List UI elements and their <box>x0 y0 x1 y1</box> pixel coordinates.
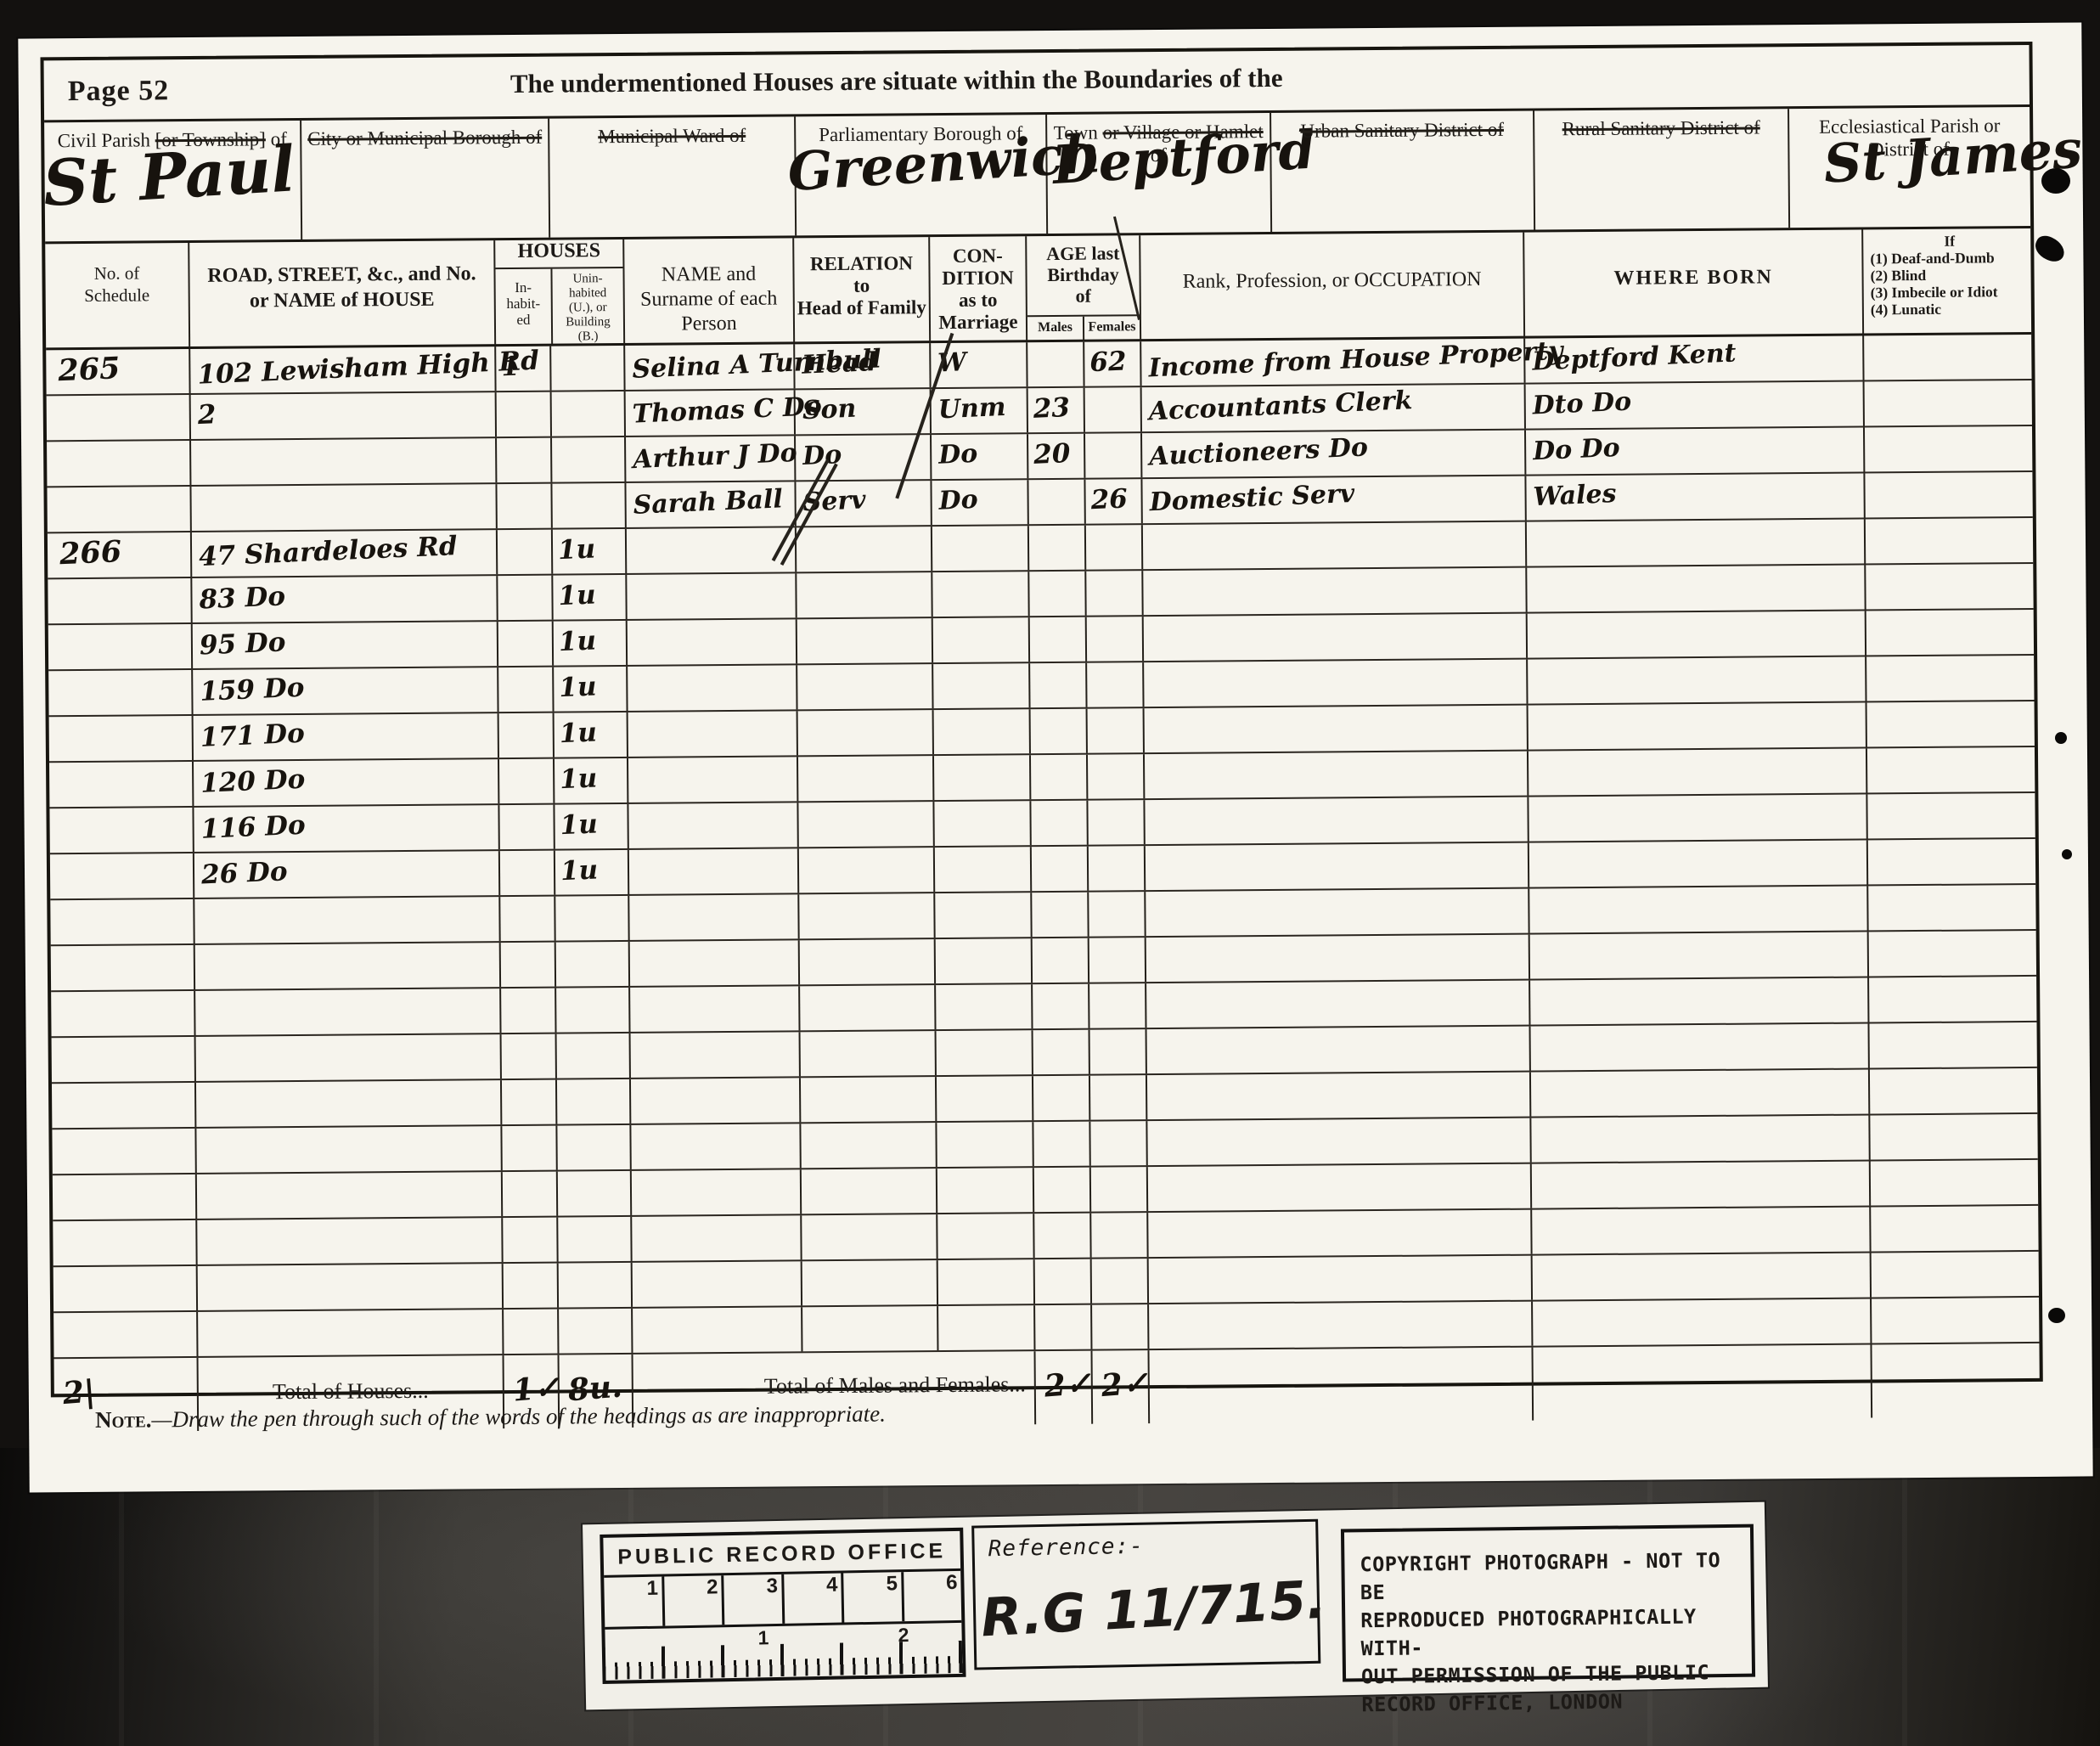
cell-age-male <box>1032 893 1089 938</box>
footnote-text: —Draw the pen through such of the words … <box>151 1401 886 1433</box>
handwritten-entry: Unm <box>931 387 1007 431</box>
cell-schedule <box>49 762 194 807</box>
cell-road <box>196 1126 502 1173</box>
handwritten-entry: 116 Do <box>194 805 307 851</box>
cell-infirmities <box>1872 1298 2039 1343</box>
cell-infirmities <box>1869 931 2036 977</box>
footnote-label: Note. <box>95 1406 152 1433</box>
cell-age-male <box>1033 1030 1090 1075</box>
cell-schedule <box>49 808 194 853</box>
cell-occupation <box>1145 797 1529 845</box>
cell-occupation <box>1144 614 1528 662</box>
handwritten-entry: 26 Do <box>194 851 288 896</box>
handwritten-entry: 265 <box>45 348 121 392</box>
copyright-line: COPYRIGHT PHOTOGRAPH - NOT TO BE <box>1344 1546 1751 1608</box>
cell-uninhabited <box>551 346 625 391</box>
cell-schedule: 265 <box>46 349 190 394</box>
cell-condition <box>934 709 1031 754</box>
cell-age-male <box>1033 1076 1090 1121</box>
handwritten-entry: Dto Do <box>1525 382 1632 427</box>
handwritten-entry: 1u <box>555 849 599 892</box>
cell-condition <box>934 801 1031 846</box>
cell-relation <box>802 1169 937 1214</box>
copyright-stamp: COPYRIGHT PHOTOGRAPH - NOT TO BE REPRODU… <box>1341 1524 1755 1682</box>
cell-where-born: Wales <box>1526 474 1865 521</box>
cell-road <box>197 1218 503 1264</box>
cell-relation <box>802 1260 938 1305</box>
cell-relation <box>797 527 932 572</box>
cell-infirmities <box>1867 793 2035 839</box>
cell-uninhabited <box>556 942 630 987</box>
cell-name <box>628 803 798 848</box>
cell-uninhabited <box>552 437 626 482</box>
copyright-line: RECORD OFFICE, LONDON <box>1346 1687 1752 1720</box>
handwritten-entry: 171 Do <box>193 713 306 759</box>
col-header-condition: CON- DITION as to Marriage <box>930 236 1027 341</box>
cell-uninhabited <box>559 1263 633 1308</box>
col-header-males: Males <box>1027 317 1084 341</box>
census-form-paper: Page 52 The undermentioned Houses are si… <box>18 22 2092 1492</box>
cell-where-born <box>1532 1161 1871 1208</box>
cell-infirmities <box>1869 977 2036 1022</box>
cell-inhabited <box>503 1218 558 1263</box>
cell-uninhabited: 1u <box>555 758 628 803</box>
cell-occupation <box>1148 1210 1532 1258</box>
handwritten-entry: Do Do <box>1525 428 1620 473</box>
column-header-row: No. of Schedule ROAD, STREET, &c., and N… <box>45 228 2031 350</box>
cell-occupation <box>1146 843 1529 891</box>
cell-road <box>191 484 497 531</box>
cell-condition <box>938 1305 1035 1350</box>
cell-age-male <box>1030 617 1087 662</box>
cell-condition: Do <box>932 434 1028 479</box>
cell-age-female <box>1087 662 1144 707</box>
cell-uninhabited <box>557 1079 631 1124</box>
col-header-text: Schedule <box>46 284 189 307</box>
col-header-schedule: No. of Schedule <box>45 243 190 348</box>
cell-total-blank <box>1872 1343 2040 1418</box>
cell-age-female <box>1088 800 1145 845</box>
cell-road: 171 Do <box>194 713 499 760</box>
cell-uninhabited: 1u <box>553 529 627 574</box>
col-header-females: Females <box>1084 316 1140 341</box>
cell-age-male <box>1035 1305 1092 1350</box>
cell-schedule <box>52 1083 196 1128</box>
cell-uninhabited <box>556 988 630 1033</box>
cell-age-male <box>1033 984 1089 1029</box>
punch-hole <box>2062 849 2072 859</box>
col-header-uninhabited: Unin- habited (U.), or Building (B.) <box>552 268 623 345</box>
cell-relation <box>801 1077 937 1122</box>
handwritten-entry: Do <box>931 434 978 476</box>
copyright-line: OUT PERMISSION OF THE PUBLIC <box>1346 1659 1752 1692</box>
cell-occupation <box>1145 706 1529 753</box>
cell-relation <box>797 618 933 663</box>
cell-infirmities <box>1865 472 2032 518</box>
field-label-struck: Urban Sanitary District of <box>1300 119 1504 142</box>
cell-infirmities <box>1867 701 2035 747</box>
cell-condition <box>936 938 1033 983</box>
cell-road: 95 Do <box>193 622 498 668</box>
handwritten-entry: 20 <box>1027 433 1071 476</box>
handwritten-entry: Son <box>795 389 857 432</box>
cell-age-male: 20 <box>1028 434 1085 479</box>
cell-schedule <box>50 899 194 944</box>
handwritten-entry: 1u <box>554 712 598 754</box>
handwritten-entry: 95 Do <box>192 622 286 667</box>
handwritten-entry: 83 Do <box>192 576 286 621</box>
cell-age-male <box>1029 526 1086 571</box>
cell-age-female <box>1091 1213 1148 1258</box>
cell-uninhabited: 1u <box>555 804 628 849</box>
cell-inhabited <box>499 759 555 804</box>
cell-road: 83 Do <box>192 576 498 622</box>
cell-occupation <box>1147 1118 1531 1166</box>
cell-schedule <box>53 1220 197 1265</box>
handwritten-entry: Thomas C Do <box>625 386 823 436</box>
cell-road <box>195 988 501 1035</box>
cell-schedule <box>53 1266 198 1311</box>
cell-schedule <box>50 853 194 898</box>
cell-where-born <box>1529 748 1867 795</box>
cell-infirmities <box>1866 518 2033 564</box>
handwritten-entry: 1u <box>555 803 599 846</box>
cell-occupation <box>1143 522 1527 570</box>
cell-age-female <box>1092 1259 1149 1304</box>
handwritten-entry: 1u <box>552 574 596 617</box>
cell-name <box>633 1261 802 1307</box>
cell-where-born <box>1530 932 1869 978</box>
cell-relation <box>801 1123 937 1168</box>
col-header-infirmities: If (1) Deaf-and-Dumb (2) Blind (3) Imbec… <box>1863 228 2031 335</box>
cell-where-born <box>1531 1069 1870 1116</box>
cell-name <box>627 573 797 619</box>
field-label-struck: Municipal Ward of <box>598 125 746 147</box>
cell-schedule <box>53 1312 198 1357</box>
reference-number-handwritten: R.G 11/715. <box>979 1569 1327 1649</box>
cell-name <box>628 757 798 803</box>
cell-occupation <box>1145 752 1529 799</box>
cell-road <box>198 1264 504 1310</box>
handwritten-entry: 23 <box>1027 387 1071 430</box>
cell-uninhabited: 1u <box>554 667 628 712</box>
cell-infirmities <box>1866 656 2034 701</box>
cell-relation <box>799 893 935 938</box>
footnote: Note.—Draw the pen through such of the w… <box>95 1401 886 1433</box>
cell-relation <box>798 710 934 755</box>
cell-occupation <box>1149 1302 1533 1349</box>
handwritten-entry: Domestic Serv <box>1142 474 1356 524</box>
cell-schedule <box>48 670 193 715</box>
cell-name: Thomas C Do <box>626 390 796 436</box>
cell-condition <box>936 984 1033 1029</box>
cell-occupation <box>1149 1256 1533 1304</box>
handwritten-entry: Head <box>794 342 877 386</box>
cell-age-female <box>1086 525 1143 570</box>
field-label-struck: Rural Sanitary District of <box>1562 116 1760 139</box>
handwritten-entry: 159 Do <box>192 667 305 713</box>
cell-inhabited <box>499 713 555 758</box>
form-border: Page 52 The undermentioned Houses are si… <box>40 42 2042 1397</box>
cell-age-male <box>1033 938 1089 983</box>
cell-inhabited <box>504 1309 559 1355</box>
cell-uninhabited <box>557 1034 631 1079</box>
cell-infirmities <box>1870 1068 2037 1114</box>
cell-age-male <box>1034 1168 1091 1213</box>
cell-relation <box>797 572 932 617</box>
reference-label: Reference:- <box>988 1534 1144 1563</box>
cell-road <box>196 1080 502 1127</box>
cell-infirmities <box>1865 380 2032 426</box>
cell-inhabited <box>503 1172 558 1217</box>
cell-inhabited <box>500 851 555 896</box>
cell-road: 116 Do <box>194 805 499 852</box>
cell-relation <box>798 802 934 847</box>
cell-total-blank <box>1149 1348 1534 1424</box>
cell-name <box>631 1032 801 1078</box>
cell-road <box>191 438 497 485</box>
cell-infirmities <box>1872 1252 2039 1298</box>
cell-uninhabited <box>555 896 629 941</box>
cell-age-female <box>1090 1075 1147 1120</box>
cell-age-female <box>1086 571 1143 616</box>
cell-schedule <box>47 487 191 532</box>
cell-condition <box>935 893 1032 938</box>
col-header-where-born: WHERE BORN <box>1524 230 1864 337</box>
cell-age-female <box>1089 892 1146 937</box>
cell-occupation <box>1147 1027 1531 1074</box>
cell-inhabited <box>502 1080 557 1125</box>
cell-inhabited <box>498 576 553 621</box>
cell-schedule <box>47 441 191 486</box>
handwritten-entry: 1u <box>554 758 598 800</box>
handwritten-entry: 1u <box>553 620 597 662</box>
cell-infirmities <box>1868 839 2035 885</box>
handwritten-ecclesiastical-parish: St James <box>1823 138 2083 176</box>
col-header-text: No. of <box>45 262 188 284</box>
cell-age-female <box>1089 983 1146 1028</box>
cell-age-female <box>1085 387 1142 432</box>
punch-hole <box>2055 732 2067 744</box>
cell-where-born <box>1529 794 1867 841</box>
cell-road: 47 Shardeloes Rd <box>192 530 498 577</box>
cell-where-born <box>1528 611 1866 657</box>
cell-schedule <box>53 1174 197 1219</box>
cell-condition <box>937 1122 1033 1167</box>
cell-infirmities <box>1864 335 2031 380</box>
cell-road: 159 Do <box>193 667 498 714</box>
cell-uninhabited <box>558 1217 632 1262</box>
cell-uninhabited: 1u <box>554 621 628 666</box>
cell-schedule <box>48 624 193 669</box>
cell-condition <box>932 526 1029 571</box>
cell-uninhabited <box>552 483 626 528</box>
cell-condition <box>933 617 1030 662</box>
handwritten-entry: 102 Lewisham High Rd <box>190 341 540 397</box>
cell-where-born: Do Do <box>1526 428 1865 475</box>
field-rural-sanitary: Rural Sanitary District of <box>1534 109 1790 229</box>
cell-inhabited <box>501 988 556 1034</box>
cell-relation: Son <box>796 389 932 434</box>
cell-condition: Unm <box>932 388 1028 433</box>
pro-inch-ruler: 1 2 <box>605 1623 962 1680</box>
cell-age-male: 23 <box>1028 388 1085 433</box>
cell-road <box>194 897 500 943</box>
handwritten-entry: 47 Shardeloes Rd <box>191 526 458 577</box>
cell-age-female: 26 <box>1085 479 1142 524</box>
cell-age-male <box>1028 480 1085 525</box>
cell-where-born <box>1527 520 1866 566</box>
handwritten-entry: Deptford Kent <box>1524 333 1737 383</box>
handwritten-entry: 62 <box>1084 341 1127 383</box>
cell-infirmities <box>1865 426 2032 472</box>
cell-where-born: Deptford Kent <box>1525 336 1864 383</box>
cell-infirmities <box>1870 1114 2037 1160</box>
cell-condition <box>933 663 1030 708</box>
cell-relation <box>802 1214 937 1259</box>
cell-occupation <box>1146 981 1530 1028</box>
punch-hole <box>2048 1308 2065 1323</box>
cell-inhabited <box>497 392 552 437</box>
cell-name <box>628 619 797 665</box>
cell-uninhabited <box>559 1309 633 1354</box>
cell-schedule <box>52 1037 196 1082</box>
cell-infirmities <box>1866 564 2033 610</box>
cell-condition <box>935 847 1032 892</box>
cell-where-born <box>1531 1023 1870 1070</box>
cell-name <box>630 940 800 986</box>
district-header-row: Civil Parish [or Township] of St Paul Ci… <box>44 107 2030 244</box>
cell-relation <box>799 848 935 893</box>
cell-age-male <box>1031 709 1088 754</box>
cell-occupation: Domestic Serv <box>1142 476 1526 524</box>
cell-road <box>195 943 501 989</box>
field-municipal-ward: Municipal Ward of <box>549 116 797 237</box>
cell-schedule <box>47 395 191 440</box>
handwritten-entry: Wales <box>1526 474 1618 518</box>
cell-condition <box>937 1168 1034 1213</box>
cell-uninhabited: 1u <box>553 575 627 620</box>
cell-condition <box>937 1030 1033 1075</box>
cell-age-female <box>1092 1304 1149 1349</box>
cell-condition <box>934 755 1031 800</box>
cell-where-born <box>1531 1115 1870 1162</box>
cell-occupation: Auctioneers Do <box>1142 431 1526 478</box>
scanned-census-page: { "page": { "page_label": "Page 52", "ti… <box>0 0 2100 1746</box>
cell-uninhabited: 1u <box>555 712 628 758</box>
cell-where-born <box>1533 1298 1872 1345</box>
col-header-occupation: Rank, Profession, or OCCUPATION <box>1140 233 1525 341</box>
cell-road: 120 Do <box>194 759 499 806</box>
cell-name <box>628 711 798 757</box>
cell-age-female <box>1088 754 1145 799</box>
cell-age-male <box>1027 342 1084 387</box>
handwritten-entry: Auctioneers Do <box>1141 427 1369 477</box>
cell-age-male <box>1029 572 1086 617</box>
cell-where-born <box>1528 656 1866 703</box>
cell-occupation <box>1143 568 1527 616</box>
stamp-strip: PUBLIC RECORD OFFICE 1 2 3 4 5 6 1 2 Ref… <box>583 1502 1768 1710</box>
cell-occupation <box>1146 935 1530 983</box>
col-header-road: ROAD, STREET, &c., and No. or NAME of HO… <box>189 240 496 347</box>
handwritten-civil-parish: St Paul <box>42 158 296 196</box>
cell-occupation <box>1146 889 1529 937</box>
cell-where-born <box>1529 840 1868 887</box>
cell-infirmities <box>1867 747 2035 793</box>
handwritten-entry: 26 <box>1085 478 1129 521</box>
handwritten-entry: Accountants Clerk <box>1141 380 1413 433</box>
cell-name <box>629 848 799 894</box>
cell-uninhabited <box>557 1125 631 1170</box>
col-header-name: NAME and Surname of each Person <box>624 238 795 344</box>
cell-relation <box>800 985 936 1030</box>
handwritten-entry: Sarah Ball <box>626 479 784 527</box>
cell-relation <box>798 756 934 801</box>
cell-schedule <box>51 991 195 1036</box>
cell-uninhabited: 1u <box>555 850 629 895</box>
cell-infirmities <box>1866 610 2034 656</box>
col-header-houses: HOUSES In- habit- ed Unin- habited (U.),… <box>495 239 625 345</box>
cell-occupation: Income from House Property <box>1141 339 1525 386</box>
handwritten-entry: Arthur J Do <box>625 433 797 482</box>
cell-condition <box>937 1214 1034 1259</box>
cell-where-born <box>1527 565 1866 611</box>
cell-age-female <box>1087 617 1144 662</box>
cell-relation: Head <box>795 343 931 388</box>
cell-where-born <box>1533 1253 1872 1299</box>
field-ecclesiastical-parish: Ecclesiastical Parish or District of St … <box>1789 107 2030 228</box>
cell-infirmities <box>1869 1022 2036 1068</box>
cell-occupation <box>1147 1073 1531 1120</box>
cell-relation <box>800 939 936 984</box>
cell-age-male <box>1030 663 1087 708</box>
handwritten-entry: 1 <box>495 346 521 387</box>
cell-inhabited: 1 <box>496 346 551 391</box>
cell-age-female: 62 <box>1084 341 1141 386</box>
cell-age-male <box>1031 801 1088 846</box>
cell-inhabited <box>498 667 554 712</box>
cell-age-female <box>1091 1167 1148 1212</box>
cell-age-male <box>1034 1214 1091 1259</box>
cell-relation <box>801 1031 937 1076</box>
cell-age-male <box>1035 1259 1092 1304</box>
cell-road <box>196 1034 502 1081</box>
handwritten-entry: 1u <box>553 666 597 708</box>
field-parliamentary-borough: Parliamentary Borough of Greenwich <box>796 115 1048 235</box>
cell-name <box>633 1307 802 1353</box>
punch-hole <box>2041 168 2070 194</box>
cell-relation <box>802 1306 938 1351</box>
cell-uninhabited <box>558 1171 632 1216</box>
cell-name: Arthur J Do <box>626 436 796 482</box>
cell-age-male <box>1031 755 1088 800</box>
cell-road <box>198 1309 504 1356</box>
cell-schedule: 266 <box>48 532 192 577</box>
cell-inhabited <box>499 805 555 850</box>
cell-age-female <box>1085 433 1142 478</box>
cell-road: 26 Do <box>194 851 500 898</box>
cell-total-blank <box>1533 1344 1872 1420</box>
cell-road <box>197 1172 503 1219</box>
cell-inhabited <box>497 484 552 529</box>
cell-name <box>630 986 800 1032</box>
cell-name <box>632 1169 802 1215</box>
cell-inhabited <box>498 622 554 667</box>
cell-age-female <box>1089 846 1146 891</box>
cell-inhabited <box>502 1126 557 1171</box>
cell-name: Sarah Ball <box>626 482 796 527</box>
cell-inhabited <box>501 943 556 988</box>
